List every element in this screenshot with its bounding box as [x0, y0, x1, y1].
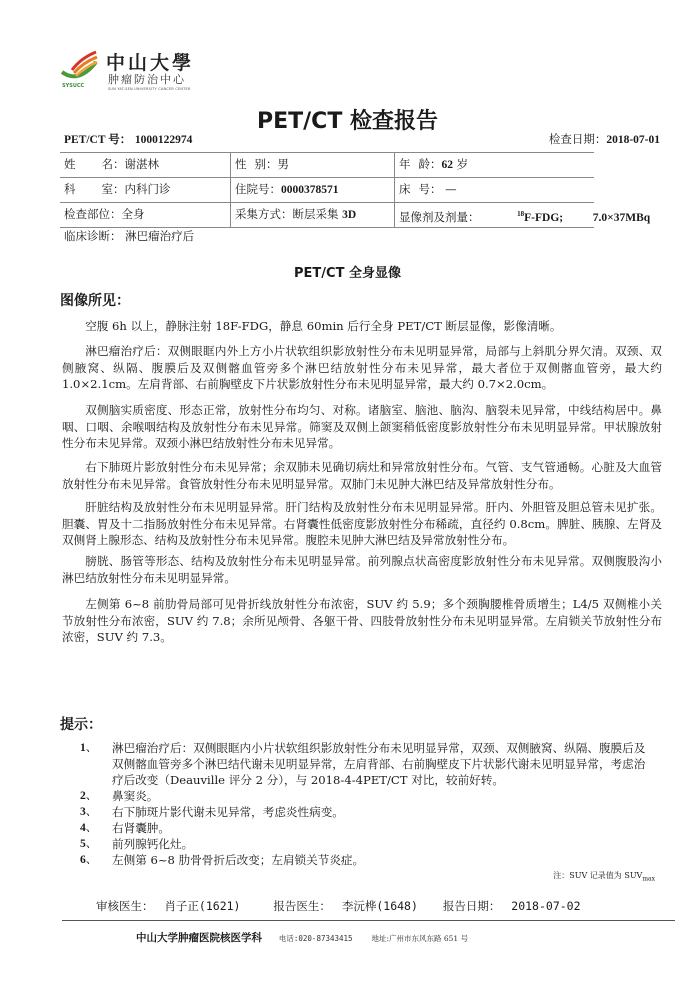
findings-paragraph-7: 左侧第 6~8 前肋骨局部可见骨折线放射性分布浓密，SUV 约 5.9；多个颈胸…	[62, 596, 662, 646]
footer-phone: 电话:020-87343415	[279, 934, 353, 943]
impression-list: 1、淋巴瘤治疗后：双侧眼眶内小片状软组织影放射性分布未见明显异常，双颈、双侧腋窝…	[80, 740, 655, 868]
report-date-label: 报告日期：	[443, 899, 501, 913]
impression-item: 1、淋巴瘤治疗后：双侧眼眶内小片状软组织影放射性分布未见明显异常，双颈、双侧腋窝…	[80, 740, 655, 788]
acquisition-method: 断层采集	[293, 207, 339, 221]
logo-abbr: SYSUCC	[62, 83, 84, 89]
reporter-label: 报告医生：	[273, 899, 331, 913]
department: 内科门诊	[125, 182, 171, 196]
reviewer-label: 审核医生：	[96, 899, 154, 913]
impression-item: 6、左侧第 6~8 肋骨骨折后改变；左肩锁关节炎症。	[80, 852, 655, 868]
impression-item: 4、右肾囊肿。	[80, 820, 655, 836]
suv-note: 注：SUV 记录值为 SUVmax	[553, 870, 655, 883]
inpatient-cell: 住院号：0000378571	[230, 178, 394, 202]
report-meta: PET/CT 号： 1000122974 检查日期：2018-07-01	[64, 131, 660, 147]
hospital-logo: SYSUCC 中山大學 肿瘤防治中心 SUN YAT-SEN UNIVERSIT…	[60, 48, 200, 96]
logo-center-name: 肿瘤防治中心	[108, 71, 186, 87]
dept-cell: 科室：内科门诊	[60, 178, 230, 202]
age-cell: 年龄：62 岁	[394, 153, 594, 177]
footer: 中山大学肿瘤医院核医学科 电话:020-87343415 地址:广州市东风东路 …	[136, 930, 484, 945]
impression-item: 3、右下肺斑片影代谢未见异常，考虑炎性病变。	[80, 804, 655, 820]
clinical-diagnosis: 临床诊断： 淋巴瘤治疗后	[64, 228, 194, 244]
section-subtitle: PET/CT 全身显像	[0, 262, 695, 281]
impression-item: 5、前列腺钙化灶。	[80, 836, 655, 852]
info-row: 姓名：谢湛林 性别：男 年龄：62 岁	[60, 152, 594, 177]
exam-date: 2018-07-01	[606, 134, 660, 146]
footer-org: 中山大学肿瘤医院核医学科	[136, 932, 262, 944]
tracer-cell: 显像剂及剂量： 18F-FDG; 7.0×37MBq	[394, 203, 594, 227]
footer-address: 地址:广州市东风东路 651 号	[371, 934, 468, 943]
findings-paragraph-2: 淋巴瘤治疗后：双侧眼眶内外上方小片状软组织影放射性分布未见明显异常，局部与上斜肌…	[62, 343, 662, 393]
impression-heading: 提示：	[60, 714, 102, 734]
footer-divider	[62, 920, 675, 921]
name-cell: 姓名：谢湛林	[60, 153, 230, 177]
patient-age: 62	[442, 159, 454, 171]
reporter: 李沅桦(1648)	[342, 899, 418, 913]
region-cell: 检查部位：全身	[60, 203, 230, 227]
findings-paragraph-3: 双侧脑实质密度、形态正常，放射性分布均匀、对称。诸脑室、脑池、脑沟、脑裂未见异常…	[62, 402, 662, 452]
bed-cell: 床号： —	[394, 178, 594, 202]
sex-cell: 性别：男	[230, 153, 394, 177]
reviewer: 肖子正(1621)	[164, 899, 240, 913]
findings-paragraph-1: 空腹 6h 以上，静脉注射 18F-FDG，静息 60min 后行全身 PET/…	[62, 318, 662, 335]
findings-paragraph-6: 膀胱、肠管等形态、结构及放射性分布未见明显异常。前列腺点状高密度影放射性分布未见…	[62, 553, 662, 586]
bed-no: —	[445, 182, 457, 196]
report-date: 2018-07-02	[511, 899, 580, 913]
patient-info-table: 姓名：谢湛林 性别：男 年龄：62 岁 科室：内科门诊 住院号：00003785…	[60, 152, 594, 228]
findings-paragraph-4: 右下肺斑片影放射性分布未见异常；余双肺未见确切病灶和异常放射性分布。气管、支气管…	[62, 459, 662, 492]
logo-english-name: SUN YAT-SEN UNIVERSITY CANCER CENTER	[108, 87, 191, 91]
signature-line: 审核医生： 肖子正(1621) 报告医生： 李沅桦(1648) 报告日期： 20…	[96, 898, 585, 914]
exam-region: 全身	[122, 207, 145, 221]
findings-paragraph-5: 肝脏结构及放射性分布未见明显异常。肝门结构及放射性分布未见明显异常。肝内、外胆管…	[62, 499, 662, 549]
exam-date-label: 检查日期：	[549, 132, 607, 146]
clinical-diagnosis-value: 淋巴瘤治疗后	[125, 229, 194, 243]
patient-name: 谢湛林	[125, 157, 160, 171]
patient-sex: 男	[278, 157, 290, 171]
info-row: 科室：内科门诊 住院号：0000378571 床号： —	[60, 177, 594, 202]
petct-no-label: PET/CT 号：	[64, 134, 131, 146]
info-row: 检查部位：全身 采集方式：断层采集 3D 显像剂及剂量： 18F-FDG; 7.…	[60, 202, 594, 228]
tracer: F-FDG;	[524, 212, 563, 224]
impression-item: 2、鼻窦炎。	[80, 788, 655, 804]
petct-no: 1000122974	[135, 134, 193, 146]
acquisition-cell: 采集方式：断层采集 3D	[230, 203, 394, 227]
findings-heading: 图像所见：	[60, 290, 130, 310]
inpatient-no: 0000378571	[281, 184, 339, 196]
tracer-dose: 7.0×37MBq	[593, 212, 650, 224]
